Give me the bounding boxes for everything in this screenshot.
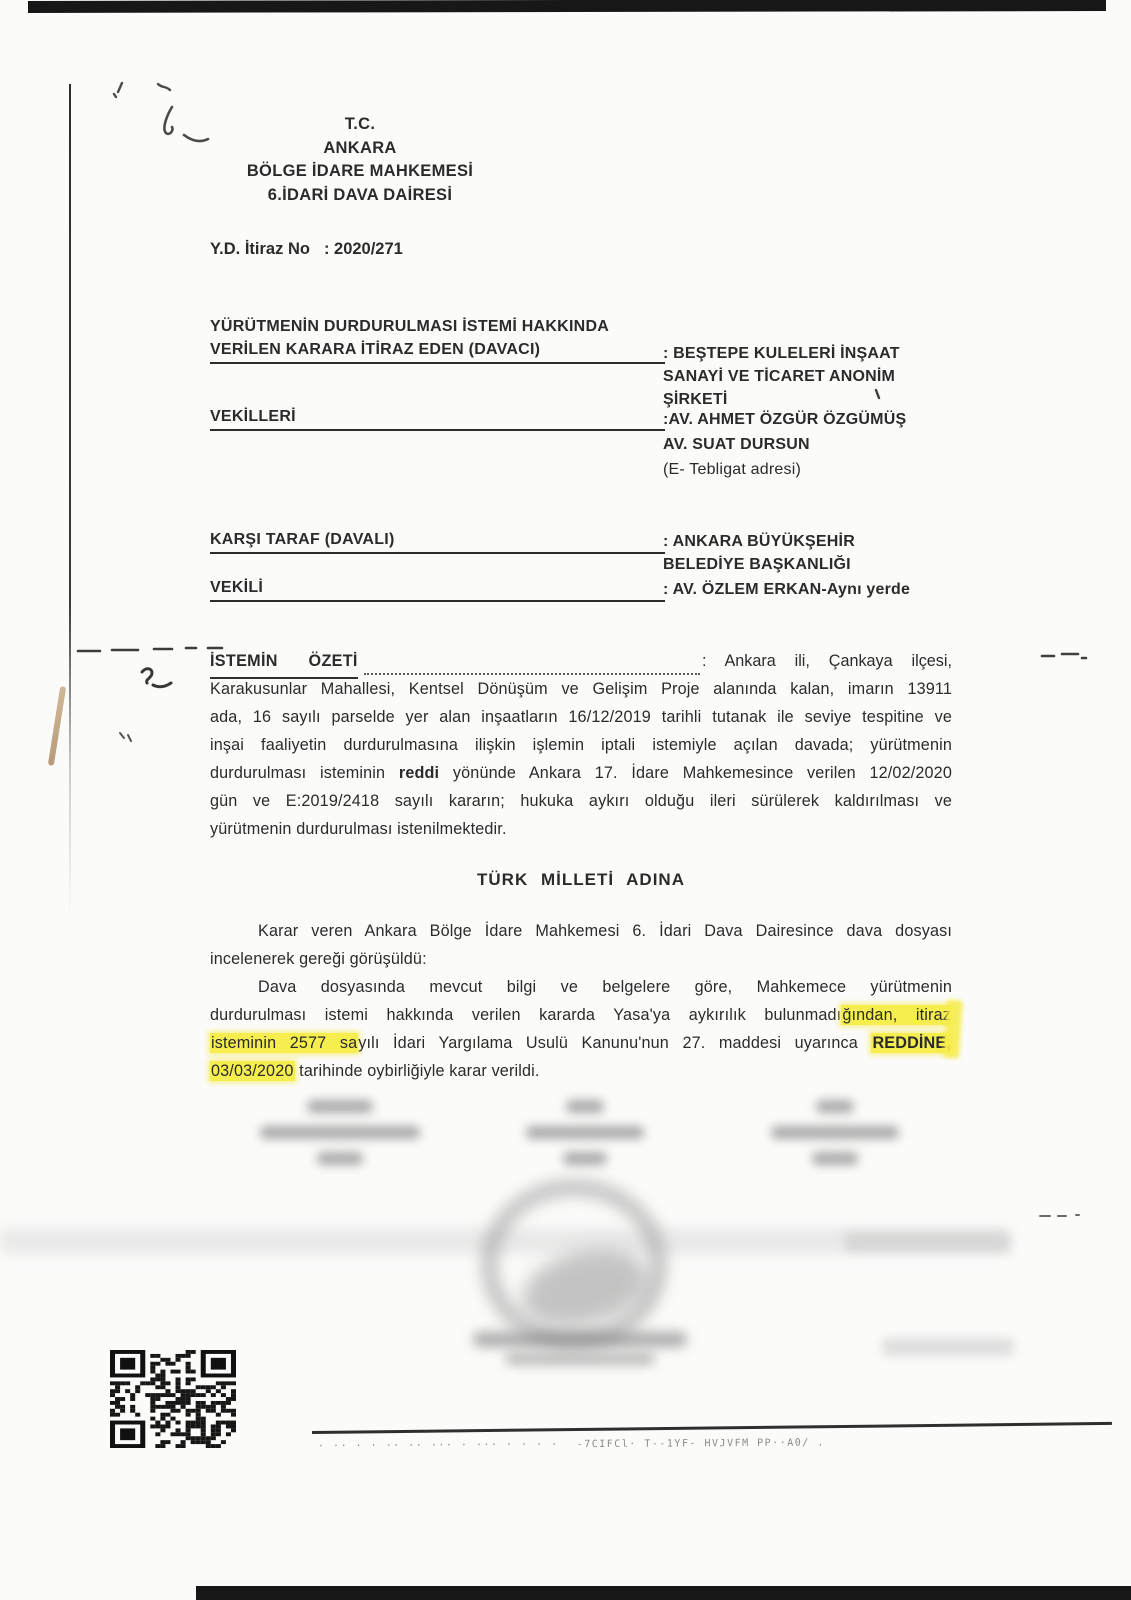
signature-line-blur [563, 1152, 607, 1165]
appellant-label-line1: YÜRÜTMENİN DURDURULMASI İSTEMİ HAKKINDA [210, 318, 665, 336]
case-ref: Y.D. İtiraz No: 2020/271 [210, 240, 403, 259]
summary-line: ada, 16 sayılı parselde yer alan inşaatl… [210, 704, 952, 732]
header-chamber: 6.İDARİ DAVA DAİRESİ [175, 184, 545, 208]
signature-line-blur [771, 1126, 899, 1139]
handwriting-squiggle-icon [114, 83, 170, 97]
court-seal-blurred [455, 1172, 715, 1392]
attorney-name: :AV. AHMET ÖZGÜR ÖZGÜMÜŞ [663, 407, 973, 432]
summary-line-last: yürütmenin durdurulması istenilmektedir. [210, 816, 952, 844]
defendant-value-line: BELEDİYE BAŞKANLIĞI [663, 553, 963, 576]
summary-line: gün ve E:2019/2418 sayılı kararın; hukuk… [210, 788, 952, 816]
signature-line-blur [307, 1100, 373, 1113]
margin-dash-line-icon [78, 648, 222, 651]
ink-blob-icon [142, 669, 171, 687]
appellant-value-line: : BEŞTEPE KULELERİ İNŞAAT [663, 342, 963, 365]
appellant-label-line2: VERİLEN KARARA İTİRAZ EDEN (DAVACI) [210, 341, 665, 364]
court-header: T.C. ANKARA BÖLGE İDARE MAHKEMESİ 6.İDAR… [175, 113, 545, 207]
summary-line: inşai faaliyetin durdurulmasına ilişkin … [210, 732, 952, 760]
summary-first-line: İSTEMİN ÖZETİ : Ankara ili, Çankaya ilçe… [210, 648, 952, 679]
highlighted-date: 03/03/2020 [210, 1061, 295, 1081]
decision-line: incelenerek gereği görüşüldü: [210, 946, 952, 974]
defendant-attorney-value: : AV. ÖZLEM ERKAN-Aynı yerde [663, 578, 973, 601]
signature-line-blur [260, 1126, 420, 1139]
summary-reddi-bold: reddi [399, 764, 439, 782]
signature-block-redacted [765, 1100, 905, 1165]
header-city: ANKARA [175, 137, 545, 161]
defendant-attorney-label: VEKİLİ [210, 579, 665, 602]
signature-block-redacted [255, 1100, 425, 1165]
decision-line: Dava dosyasında mevcut bilgi ve belgeler… [210, 974, 952, 1002]
footer-dots: · ·· · · ·· ·· ··· · ··· · · · · [318, 1439, 559, 1452]
right-margin-dashes2-icon [1040, 1215, 1079, 1216]
signature-line-blur [812, 1152, 858, 1165]
attorneys-value: :AV. AHMET ÖZGÜR ÖZGÜMÜŞ AV. SUAT DURSUN… [663, 407, 973, 482]
summary-filler-dots [364, 648, 700, 675]
summary-label-underline: İSTEMİN ÖZETİ [210, 648, 702, 679]
case-ref-value: : 2020/271 [324, 240, 403, 258]
summary-line: Karakusunlar Mahallesi, Kentsel Dönüşüm … [210, 676, 952, 704]
scan-smear-right [845, 1232, 1010, 1252]
footer-code: -7CIFCl· T--1YF- HVJVFM PP··A0/ . [577, 1437, 825, 1450]
decision-line: durdurulması istemi hakkında verilen kar… [210, 1002, 952, 1030]
decision-text: tarihinde oybirliğiyle karar verildi. [295, 1062, 540, 1080]
defendant-value-line: : ANKARA BÜYÜKŞEHİR [663, 530, 963, 553]
decision-line: isteminin 2577 sayılı İdari Yargılama Us… [210, 1030, 952, 1058]
in-the-name-heading: TÜRK MİLLETİ ADINA [210, 870, 952, 890]
defendant-label: KARŞI TARAF (DAVALI) [210, 531, 665, 554]
qr-code [110, 1350, 236, 1448]
appellant-value-line: SANAYİ VE TİCARET ANONİM [663, 365, 963, 388]
decision-line: 03/03/2020 tarihinde oybirliğiyle karar … [210, 1058, 952, 1086]
scan-smear-footer [882, 1338, 1014, 1356]
highlighted-text: ğından, itiraz [841, 1005, 952, 1025]
highlighted-reddine: REDDİNE, [871, 1033, 952, 1053]
e-notification-note: (E- Tebligat adresi) [663, 457, 973, 482]
appellant-value: : BEŞTEPE KULELERİ İNŞAAT SANAYİ VE TİCA… [663, 342, 963, 411]
summary-line: durdurulması isteminin reddi yönünde Ank… [210, 760, 952, 788]
defendant-attorney-name: : AV. ÖZLEM ERKAN-Aynı yerde [663, 578, 973, 601]
header-tc: T.C. [175, 113, 545, 137]
decision-text: durdurulması istemi hakkında verilen kar… [210, 1006, 841, 1024]
defendant-value: : ANKARA BÜYÜKŞEHİR BELEDİYE BAŞKANLIĞI [663, 530, 963, 576]
small-ink-tick-icon [120, 733, 131, 741]
decision-line: Karar veren Ankara Bölge İdare Mahkemesi… [210, 918, 952, 946]
signature-line-blur [526, 1126, 644, 1139]
signature-block-redacted [515, 1100, 655, 1165]
decision-text: yılı İdari Yargılama Usulü Kanunu'nun 27… [358, 1034, 871, 1052]
highlighted-text: isteminin 2577 sa [210, 1033, 358, 1053]
right-margin-dashes-icon [1042, 654, 1086, 658]
summary-intro: : Ankara ili, Çankaya ilçesi, [702, 648, 952, 679]
summary-label: İSTEMİN ÖZETİ [210, 648, 358, 679]
case-ref-label: Y.D. İtiraz No [210, 240, 310, 258]
seal-caption-blur2 [505, 1354, 655, 1364]
signature-line-blur [566, 1100, 604, 1113]
signature-line-blur [317, 1152, 363, 1165]
attorneys-label: VEKİLLERİ [210, 408, 665, 431]
summary-line-post: yönünde Ankara 17. İdare Mahkemesince ve… [439, 764, 952, 782]
seal-caption-blur [473, 1332, 687, 1347]
signature-line-blur [816, 1100, 854, 1113]
summary-line-pre: durdurulması isteminin [210, 764, 399, 782]
header-court: BÖLGE İDARE MAHKEMESİ [175, 160, 545, 184]
attorney-name: AV. SUAT DURSUN [663, 432, 973, 457]
